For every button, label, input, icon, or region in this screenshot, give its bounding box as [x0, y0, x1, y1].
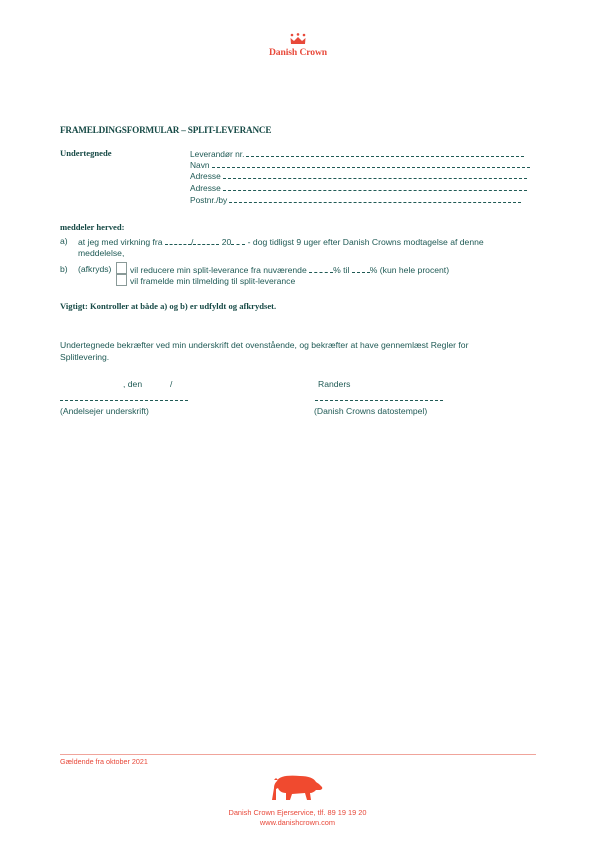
signature-line-left[interactable] — [60, 399, 188, 401]
checkbox-unsubscribe[interactable] — [116, 274, 127, 286]
field-label: Adresse — [190, 183, 221, 193]
brand-name: Danish Crown — [262, 47, 334, 58]
date-day-blank[interactable] — [165, 236, 191, 245]
field-label: Navn — [190, 160, 210, 170]
field-postnr-by[interactable]: Postnr./by — [190, 194, 521, 206]
field-adresse-1[interactable]: Adresse — [190, 170, 527, 182]
field-input-line[interactable] — [246, 148, 524, 157]
option-unsubscribe-label: vil framelde min tilmelding til split-le… — [130, 276, 295, 287]
item-b-marker: b) — [60, 264, 68, 275]
field-adresse-2[interactable]: Adresse — [190, 182, 527, 194]
signature-caption-right: (Danish Crowns datostempel) — [314, 406, 427, 417]
footer-divider — [60, 754, 536, 755]
pct2-suffix: % (kun hele procent) — [370, 265, 449, 275]
signature-place-right: Randers — [318, 379, 350, 390]
crown-icon — [289, 33, 307, 45]
new-percent-blank[interactable] — [352, 264, 370, 273]
item-a-text-after: - dog tidligst 9 uger efter Danish Crown… — [248, 237, 484, 247]
item-a-text-before: at jeg med virkning fra — [78, 237, 163, 247]
stamp-line-right[interactable] — [315, 399, 443, 401]
date-month-blank[interactable] — [193, 236, 219, 245]
field-label: Postnr./by — [190, 195, 227, 205]
signature-den: , den — [123, 379, 142, 390]
item-a-marker: a) — [60, 236, 68, 247]
item-b-hint: (afkryds) — [78, 264, 111, 275]
announce-heading: meddeler herved: — [60, 222, 125, 232]
field-input-line[interactable] — [229, 194, 521, 203]
pig-icon — [270, 772, 326, 807]
document-title: FRAMELDINGSFORMULAR – SPLIT-LEVERANCE — [60, 125, 271, 135]
signature-caption-left: (Andelsejer underskrift) — [60, 406, 149, 417]
footer-contact: Danish Crown Ejerservice, tlf. 89 19 19 … — [0, 808, 595, 817]
field-input-line[interactable] — [223, 170, 527, 179]
brand-logo: Danish Crown — [262, 33, 334, 58]
confirmation-line-1: Undertegnede bekræfter ved min underskri… — [60, 340, 468, 351]
option-reduce-label: vil reducere min split-leverance fra nuv… — [130, 265, 307, 275]
year-prefix: 20 — [222, 237, 232, 247]
field-label: Leverandør nr. — [190, 149, 244, 159]
checkbox-reduce[interactable] — [116, 262, 127, 274]
field-input-line[interactable] — [212, 159, 530, 168]
footer-valid-from: Gældende fra oktober 2021 — [60, 757, 148, 766]
option-reduce-text: vil reducere min split-leverance fra nuv… — [130, 264, 449, 276]
pct1-suffix: % til — [333, 265, 349, 275]
current-percent-blank[interactable] — [309, 264, 333, 273]
undertegnede-label: Undertegnede — [60, 148, 112, 158]
footer-website[interactable]: www.danishcrown.com — [0, 818, 595, 827]
signature-date-separator: / — [170, 379, 172, 390]
confirmation-line-2: Splitlevering. — [60, 352, 109, 363]
important-note: Vigtigt: Kontroller at både a) og b) er … — [60, 301, 276, 311]
date-year-blank[interactable] — [231, 236, 245, 245]
item-a-line2: meddelelse, — [78, 248, 124, 259]
field-label: Adresse — [190, 171, 221, 181]
item-a-line1: at jeg med virkning fra / 20 - dog tidli… — [78, 236, 484, 248]
field-input-line[interactable] — [223, 182, 527, 191]
